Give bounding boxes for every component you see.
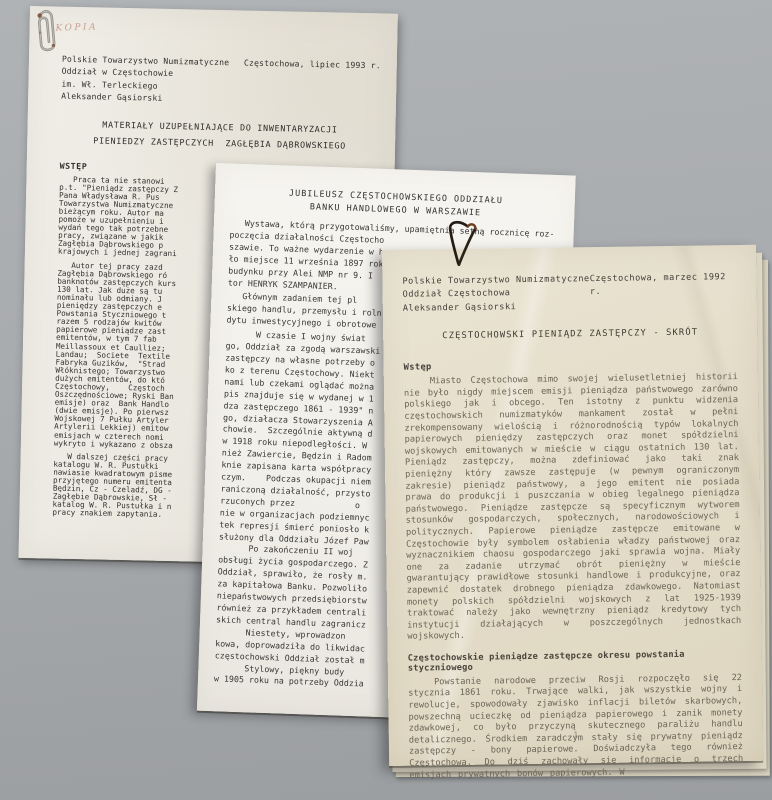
page3-section-heading: Częstochowskie pieniądze zastępcze okres…	[408, 649, 742, 674]
paperclip-silver-icon	[31, 1, 62, 61]
page3-intro-paragraph: Miasto Częstochowa mimo swojej wielusetl…	[404, 372, 742, 643]
page3-intro-heading: Wstęp	[404, 358, 738, 373]
page-3-document: Polskie Towarzystwo Numizmatyczne Oddzia…	[382, 245, 763, 766]
photo-of-documents: KOPIA Polskie Towarzystwo Numizmatyczne …	[0, 0, 772, 800]
handwritten-copy-note: KOPIA	[55, 22, 98, 33]
page1-header: Polskie Towarzystwo Numizmatyczne Oddzia…	[61, 53, 381, 109]
page3-header: Polskie Towarzystwo Numizmatyczne Oddzia…	[402, 271, 737, 316]
page3-section-paragraph: Powstanie narodowe przeciw Rosji rozpocz…	[408, 673, 743, 782]
page3-document-title: CZĘSTOCHOWSKI PIENIĄDZ ZASTĘPCZY - SKRÓT	[403, 327, 737, 342]
page1-organization-lines: Polskie Towarzystwo Numizmatyczne Oddzia…	[61, 53, 229, 106]
page1-document-title: MATERIAŁY UZUPEŁNIAJĄCE DO INWENTARYZACJ…	[60, 115, 380, 154]
page1-dateline: Częstochowa, lipiec 1993 r.	[243, 56, 381, 108]
paperclip-wire-icon	[437, 216, 490, 279]
page2-document-title: JUBILEUSZ CZĘSTOCHOWSKIEGO ODDZIAŁU BANK…	[230, 186, 561, 224]
page3-dateline: Częstochowa, marzec 1992 r.	[590, 271, 737, 313]
page3-organization-lines: Polskie Towarzystwo Numizmatyczne Oddzia…	[402, 273, 590, 316]
